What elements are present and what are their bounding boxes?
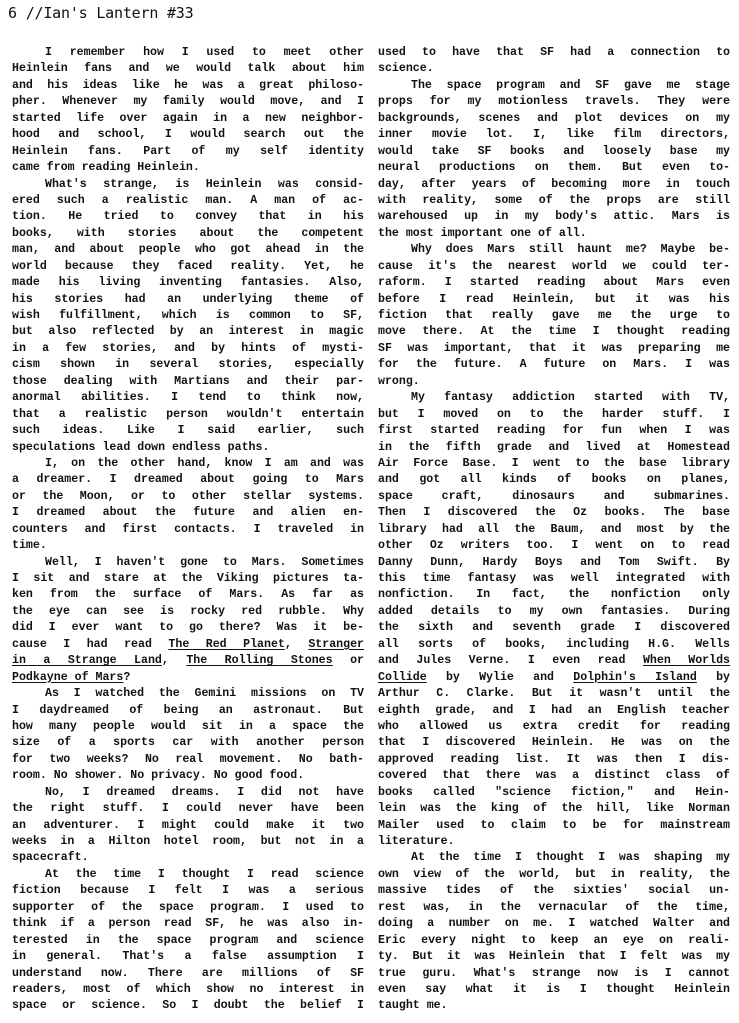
text-line: cism shown in several stories, especiall…	[12, 357, 364, 373]
publication-title: //Ian's Lantern #33	[26, 4, 194, 22]
text-line: backgrounds, scenes and plot devices on …	[378, 111, 730, 127]
page-header: 6 //Ian's Lantern #33	[8, 4, 193, 22]
text-line: wish fulfillment, which is common to SF,	[12, 308, 364, 324]
text-line: library had all the Baum, and most by th…	[378, 522, 730, 538]
text-line: how many people would sit in a space the	[12, 719, 364, 735]
text-line: doing a number on me. I watched Walter a…	[378, 916, 730, 932]
text-line: in a few stories, and by hints of mysti-	[12, 341, 364, 357]
text-line: made his living inventing fantasies. Als…	[12, 275, 364, 291]
text-line: Collide by Wylie and Dolphin's Island by	[378, 670, 730, 686]
text-line: or the Moon, or to other stellar systems…	[12, 489, 364, 505]
text-line: that I discovered Heinlein. He was on th…	[378, 735, 730, 751]
text-line: tion. He tried to convey that in his	[12, 209, 364, 225]
text-line: would take SF books and loosely base my	[378, 144, 730, 160]
text-line: that a realistic person wouldn't enterta…	[12, 407, 364, 423]
text-line: in a Strange Land, The Rolling Stones or	[12, 653, 364, 669]
text-line: No, I dreamed dreams. I did not have	[12, 785, 364, 801]
text-line: but also reflected by an interest in mag…	[12, 324, 364, 340]
text-line: warehoused up in my body's attic. Mars i…	[378, 209, 730, 225]
text-line: I, on the other hand, know I am and was	[12, 456, 364, 472]
text-line: Heinlein fans. Part of my self identity	[12, 144, 364, 160]
text-line: the eye can see is rocky red rubble. Why	[12, 604, 364, 620]
text-line: the right stuff. I could never have been	[12, 801, 364, 817]
text-line: ken from the surface of Mars. As far as	[12, 587, 364, 603]
text-line: lein was the king of the hill, like Norm…	[378, 801, 730, 817]
text-line: Then I discovered the Oz books. The base	[378, 505, 730, 521]
text-line: who allowed us extra credit for reading	[378, 719, 730, 735]
text-line: the sixth and seventh grade I discovered	[378, 620, 730, 636]
text-line: wrong.	[378, 374, 730, 390]
text-line: Why does Mars still haunt me? Maybe be-	[378, 242, 730, 258]
text-line: science.	[378, 61, 730, 77]
text-line: Heinlein fans and we would talk about hi…	[12, 61, 364, 77]
text-line: Danny Dunn, Hardy Boys and Tom Swift. By	[378, 555, 730, 571]
text-line: Eric every night to keep an eye on reali…	[378, 933, 730, 949]
text-line: other Oz writers too. I went on to read	[378, 538, 730, 554]
text-line: taught me.	[378, 998, 730, 1014]
text-line: At the time I thought I was shaping my	[378, 850, 730, 866]
text-line: and got all kinds of books on planes,	[378, 472, 730, 488]
text-line: those dealing with Martians and their pa…	[12, 374, 364, 390]
text-line: readers, most of which show no interest …	[12, 982, 364, 998]
text-line: neural productions on them. But even to-	[378, 160, 730, 176]
text-line: first started reading for fun when I was	[378, 423, 730, 439]
text-line: My fantasy addiction started with TV,	[378, 390, 730, 406]
left-column: I remember how I used to meet otherHeinl…	[12, 45, 364, 1015]
text-line: world because they faced reality. Yet, h…	[12, 259, 364, 275]
text-line: pher. Whenever my family would move, and…	[12, 94, 364, 110]
text-line: space or science. So I doubt the belief …	[12, 998, 364, 1014]
text-line: and his ideas like he was a great philos…	[12, 78, 364, 94]
text-line: raform. I started reading about Mars eve…	[378, 275, 730, 291]
text-line: SF was important, that it was preparing …	[378, 341, 730, 357]
text-line: a dreamer. I dreamed about going to Mars	[12, 472, 364, 488]
text-line: came from reading Heinlein.	[12, 160, 364, 176]
text-line: hood and school, I would search out the	[12, 127, 364, 143]
text-line: space craft, dinosaurs and submarines.	[378, 489, 730, 505]
text-line: As I watched the Gemini missions on TV	[12, 686, 364, 702]
text-line: in general. That's a false assumption I	[12, 949, 364, 965]
text-line: did I ever want to go there? Was it be-	[12, 620, 364, 636]
text-line: approved reading list. It was then I dis…	[378, 752, 730, 768]
text-line: Air Force Base. I went to the base libra…	[378, 456, 730, 472]
text-line: covered that there was a distinct class …	[378, 768, 730, 784]
text-line: speculations lead down endless paths.	[12, 440, 364, 456]
text-line: even say what it is I thought Heinlein	[378, 982, 730, 998]
text-line: Well, I haven't gone to Mars. Sometimes	[12, 555, 364, 571]
text-line: anormal abilities. I tend to think now,	[12, 390, 364, 406]
text-line: in the fifth grade and lived at Homestea…	[378, 440, 730, 456]
text-line: man, and about people who got ahead in t…	[12, 242, 364, 258]
text-line: props for my motionless travels. They we…	[378, 94, 730, 110]
text-line: cause I had read The Red Planet, Strange…	[12, 637, 364, 653]
text-line: nonfiction. In fact, the nonfiction only	[378, 587, 730, 603]
text-line: rest was, in the vernacular of the time,	[378, 900, 730, 916]
text-line: Mailer used to claim to be for mainstrea…	[378, 818, 730, 834]
text-line: I remember how I used to meet other	[12, 45, 364, 61]
text-line: Podkayne of Mars?	[12, 670, 364, 686]
text-line: counters and first contacts. I traveled …	[12, 522, 364, 538]
text-line: fiction because I felt I was a serious	[12, 883, 364, 899]
text-line: massive tides of the sixties' social un-	[378, 883, 730, 899]
text-line: literature.	[378, 834, 730, 850]
text-line: this time fantasy was well integrated wi…	[378, 571, 730, 587]
text-line: Arthur C. Clarke. But it wasn't until th…	[378, 686, 730, 702]
text-line: day, after years of becoming more in tou…	[378, 177, 730, 193]
text-line: added details to my own fantasies. Durin…	[378, 604, 730, 620]
text-line: own view of the world, but in reality, t…	[378, 867, 730, 883]
text-line: for the future. A future on Mars. I was	[378, 357, 730, 373]
text-line: I sit and stare at the Viking pictures t…	[12, 571, 364, 587]
text-line: cause it's the nearest world we could te…	[378, 259, 730, 275]
text-line: but I moved on to the harder stuff. I	[378, 407, 730, 423]
text-line: eighth grade, and I had an English teach…	[378, 703, 730, 719]
text-line: with reality, some of the props are stil…	[378, 193, 730, 209]
right-column: used to have that SF had a connection to…	[378, 45, 730, 1015]
text-line: such ideas. Like I said earlier, such	[12, 423, 364, 439]
text-line: What's strange, is Heinlein was consid-	[12, 177, 364, 193]
text-line: weeks in a Hilton hotel room, but not in…	[12, 834, 364, 850]
text-line: before I read Heinlein, but it was his	[378, 292, 730, 308]
text-line: an adventurer. I might could make it two	[12, 818, 364, 834]
text-line: started life over again in a new neighbo…	[12, 111, 364, 127]
text-line: and Jules Verne. I even read When Worlds	[378, 653, 730, 669]
text-line: size of a sports car with another person	[12, 735, 364, 751]
text-line: books, with stories about the competent	[12, 226, 364, 242]
text-line: ered such a realistic man. A man of ac-	[12, 193, 364, 209]
text-line: true guru. What's strange now is I canno…	[378, 966, 730, 982]
text-line: room. No shower. No privacy. No good foo…	[12, 768, 364, 784]
text-line: used to have that SF had a connection to	[378, 45, 730, 61]
text-line: all sorts of books, including H.G. Wells	[378, 637, 730, 653]
text-line: At the time I thought I read science	[12, 867, 364, 883]
text-line: terested in the space program and scienc…	[12, 933, 364, 949]
text-line: The space program and SF gave me stage	[378, 78, 730, 94]
text-line: think if a person read SF, he was also i…	[12, 916, 364, 932]
text-line: the most important one of all.	[378, 226, 730, 242]
page-number: 6	[8, 4, 17, 22]
text-line: understand now. There are millions of SF	[12, 966, 364, 982]
text-line: time.	[12, 538, 364, 554]
text-line: I dreamed about the future and alien en-	[12, 505, 364, 521]
text-line: his stories had an underlying theme of	[12, 292, 364, 308]
text-line: spacecraft.	[12, 850, 364, 866]
text-line: I daydreamed of being an astronaut. But	[12, 703, 364, 719]
text-line: move there. At the time I thought readin…	[378, 324, 730, 340]
text-line: books called "science fiction," and Hein…	[378, 785, 730, 801]
text-line: for two weeks? No real movement. No bath…	[12, 752, 364, 768]
text-line: ty. But it was Heinlein that I felt was …	[378, 949, 730, 965]
text-line: supporter of the space program. I used t…	[12, 900, 364, 916]
text-line: inner movie lot. I, like film directors,	[378, 127, 730, 143]
text-line: fiction that really gave me the urge to	[378, 308, 730, 324]
